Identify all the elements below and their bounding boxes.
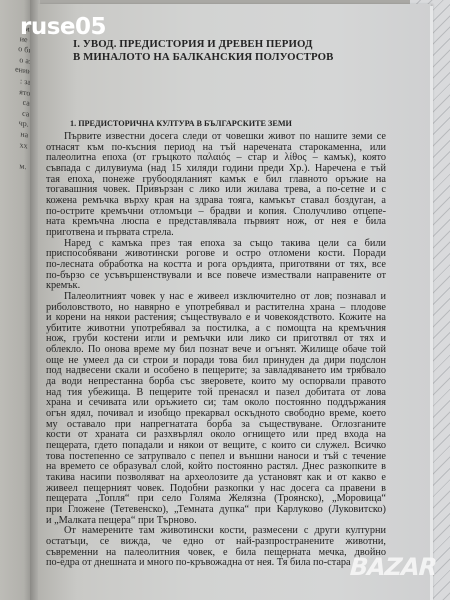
text-line: Палеолитният човек у нас е живеел изключ… [46,292,386,303]
text-line: по-лесната обработка на костта и рога ор… [46,260,386,271]
chapter-title: I. УВОД. ПРЕДИСТОРИЯ И ДРЕВЕН ПЕРИОД В М… [73,38,413,64]
section-title: 1. ПРЕДИСТОРИЧНА КУЛТУРА В БЪЛГАРСКИТЕ З… [70,119,410,128]
left-page: миие со био азении: заятосасачр.нахх м. [0,0,34,600]
text-line: по-бързо се усъвършенствували и все пове… [46,271,386,282]
page-edge [430,6,433,600]
body-text: Първите известни досега следи от човешки… [46,132,386,569]
watermark-bazar-logo: BAZAR [349,553,437,581]
text-line: приготвена и първата стрела. [46,228,386,239]
text-line: по-едра от днешната и много по-кръвожадн… [46,558,386,569]
watermark-ruse05: ruse05 [20,14,106,40]
chapter-title-line-2: В МИНАЛОТО НА БАЛКАНСКИЯ ПОЛУОСТРОВ [73,51,413,64]
chapter-title-line-1: I. УВОД. ПРЕДИСТОРИЯ И ДРЕВЕН ПЕРИОД [73,38,413,51]
left-page-text: миие со био азении: заятосасачр.нахх м. [0,20,34,173]
page-content: I. УВОД. ПРЕДИСТОРИЯ И ДРЕВЕН ПЕРИОД В М… [46,0,426,600]
text-line: кожена ремъчка върху края на здрава тояг… [46,196,386,207]
text-line: остатъци, се вижда, че едно от най-разпр… [46,537,386,548]
